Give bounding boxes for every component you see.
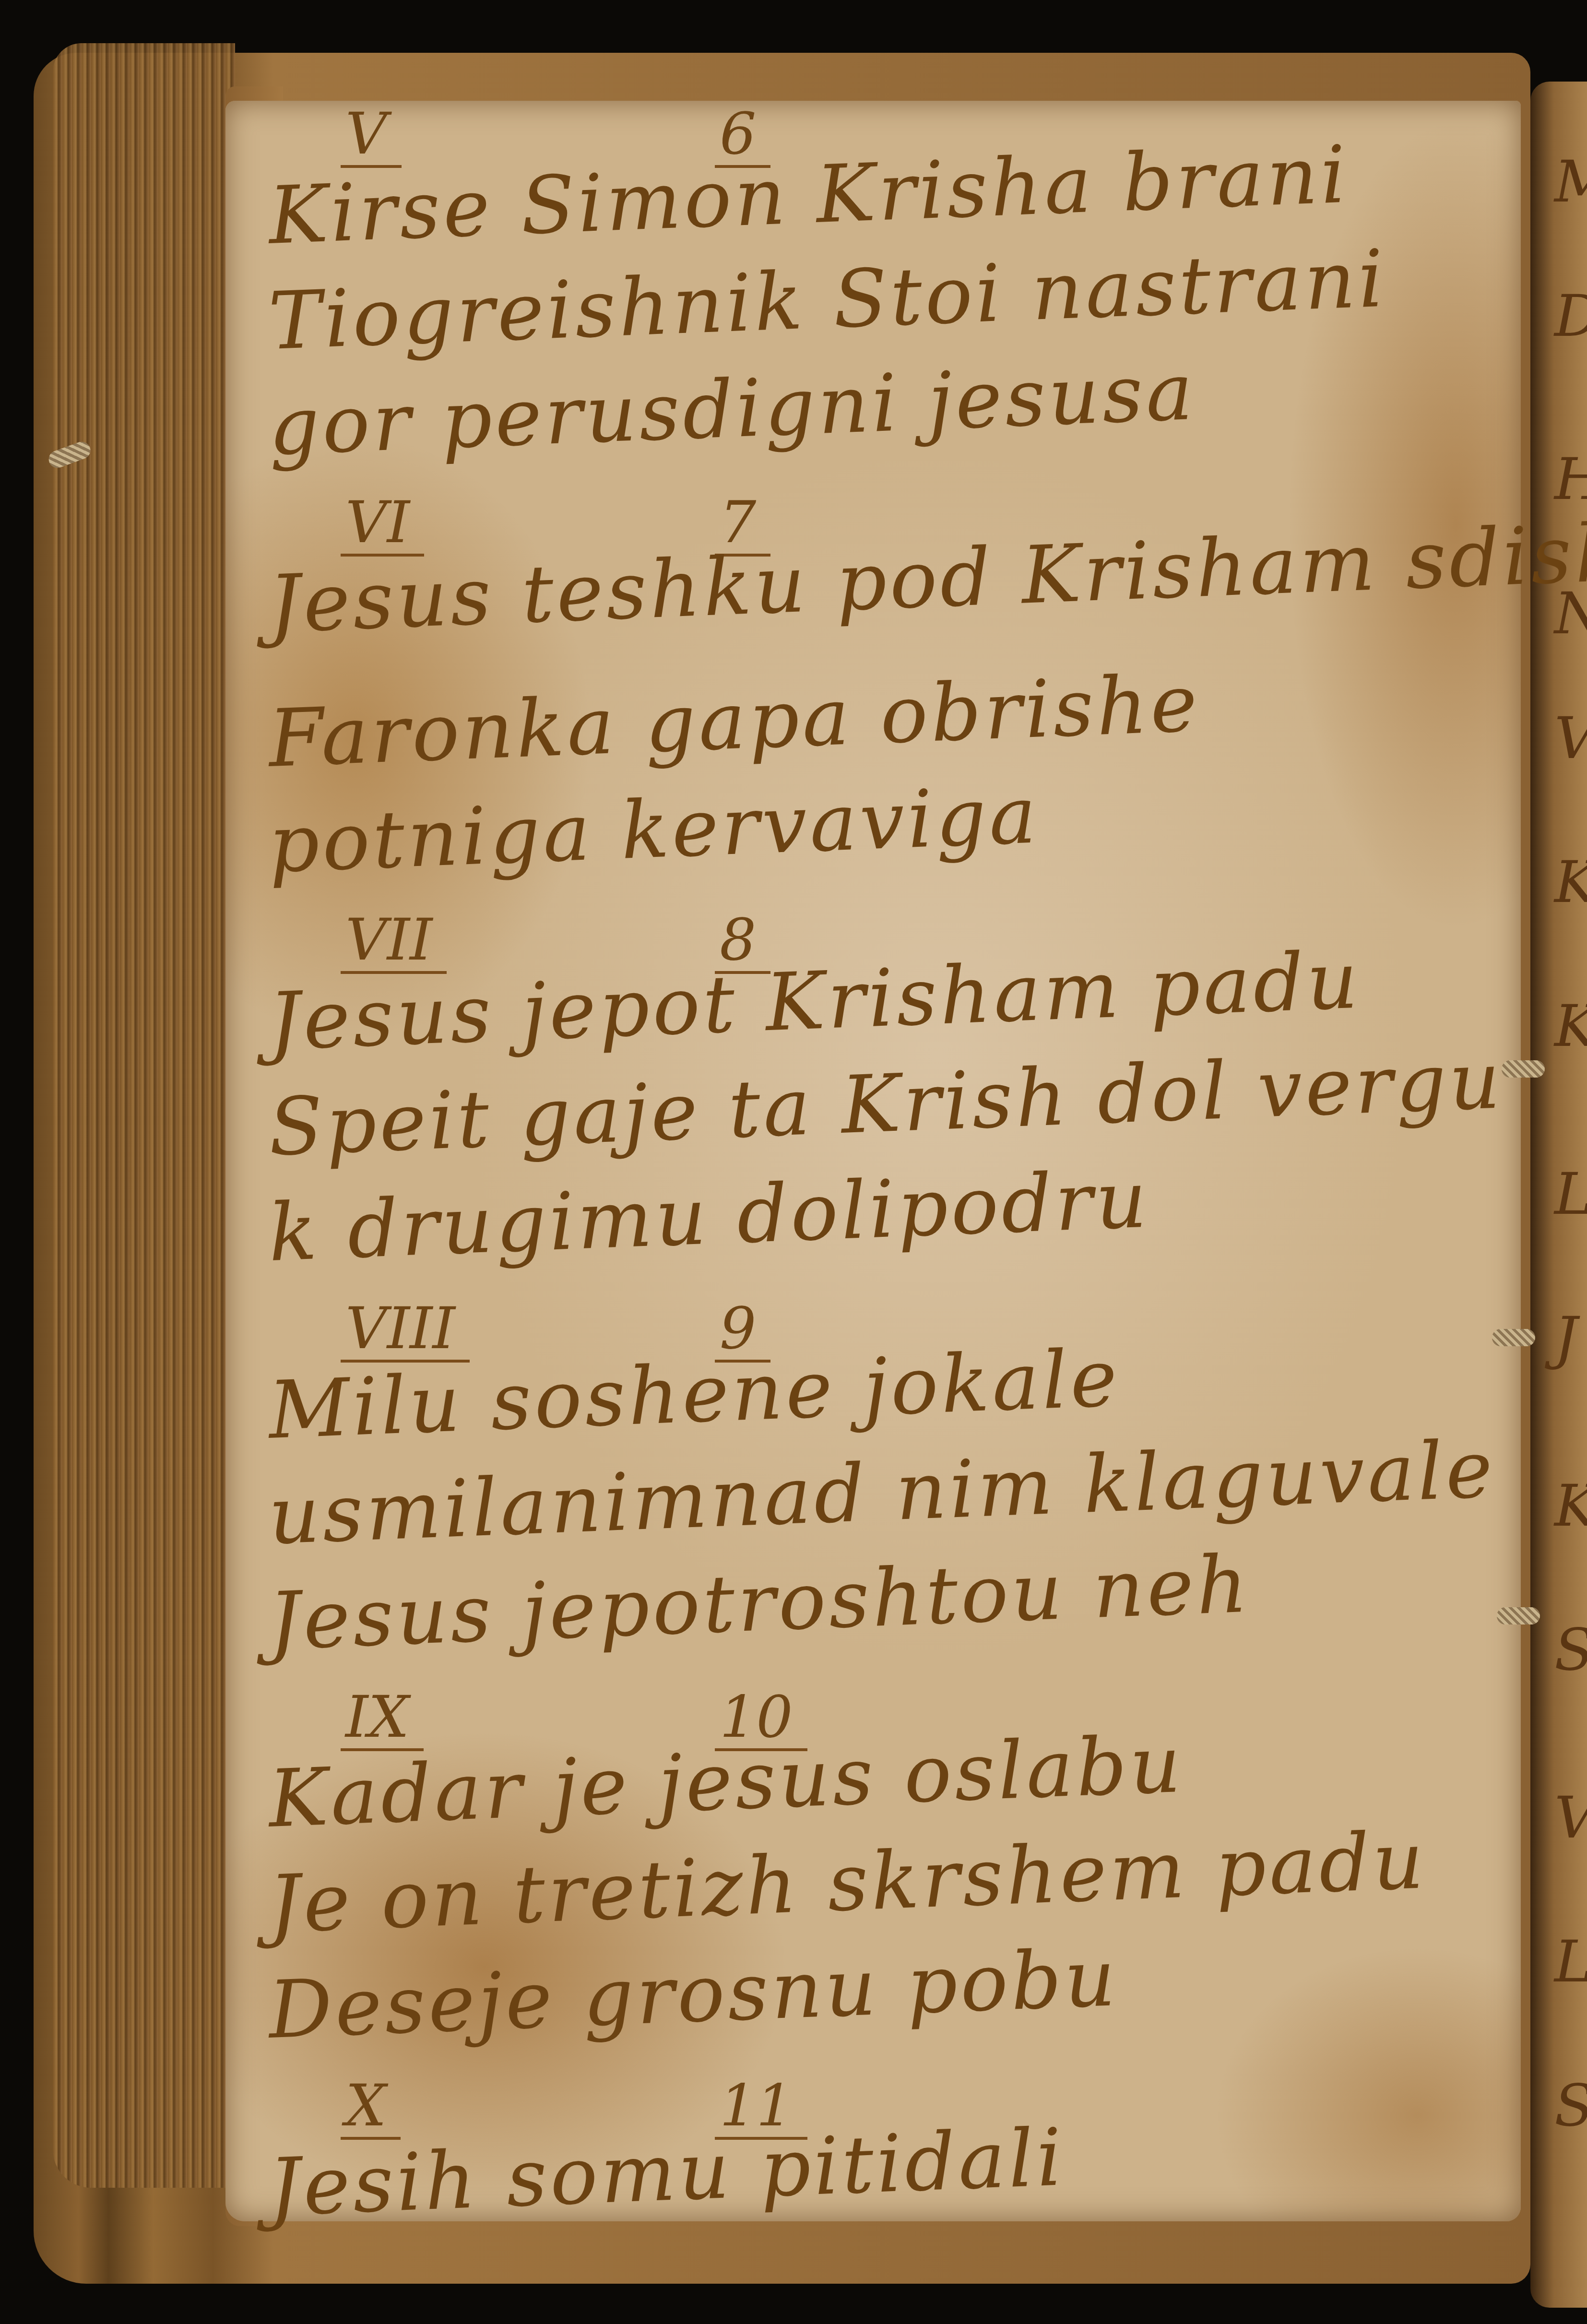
adjacent-letter: S <box>1554 2073 1587 2139</box>
binding-stitch <box>1502 1060 1545 1078</box>
binding-stitch <box>1497 1607 1540 1624</box>
adjacent-page-edge: M D H N V K K L J K S V L S <box>1530 82 1587 2308</box>
stanza-9: VIII 9 Milu soshene jokale usmilanimnad … <box>269 1286 1497 1674</box>
adjacent-letter: K <box>1554 849 1587 916</box>
adjacent-letter: L <box>1554 1161 1587 1228</box>
adjacent-letter: D <box>1554 283 1587 350</box>
stanza-6: V 6 Kirse Simon Krisha brani Tiogreishni… <box>269 110 1497 480</box>
binding-stitch <box>1492 1329 1535 1346</box>
adjacent-letter: H <box>1554 446 1587 513</box>
stanza-11: X 11 Jesih somu pitidali <box>269 2063 1497 2241</box>
adjacent-letter: V <box>1554 705 1587 772</box>
manuscript-text: V 6 Kirse Simon Krisha brani Tiogreishni… <box>269 110 1497 2241</box>
adjacent-letter: J <box>1554 1305 1577 1372</box>
stanza-7: VI 7 Jesus teshku pod Krisham sdishe Far… <box>269 480 1497 897</box>
adjacent-letter: K <box>1554 1473 1587 1540</box>
stanza-10: IX 10 Kadar je jesus oslabu Je on tretiz… <box>269 1674 1497 2063</box>
adjacent-letter: V <box>1554 1785 1587 1851</box>
adjacent-letter: L <box>1554 1929 1587 1995</box>
stanza-8: VII 8 Jesus jepot Krisham padu Speit gaj… <box>269 897 1497 1286</box>
page-stack-edges <box>53 43 235 2188</box>
adjacent-letter: M <box>1554 149 1587 215</box>
adjacent-letter: S <box>1554 1617 1587 1684</box>
adjacent-letter: K <box>1554 993 1587 1060</box>
